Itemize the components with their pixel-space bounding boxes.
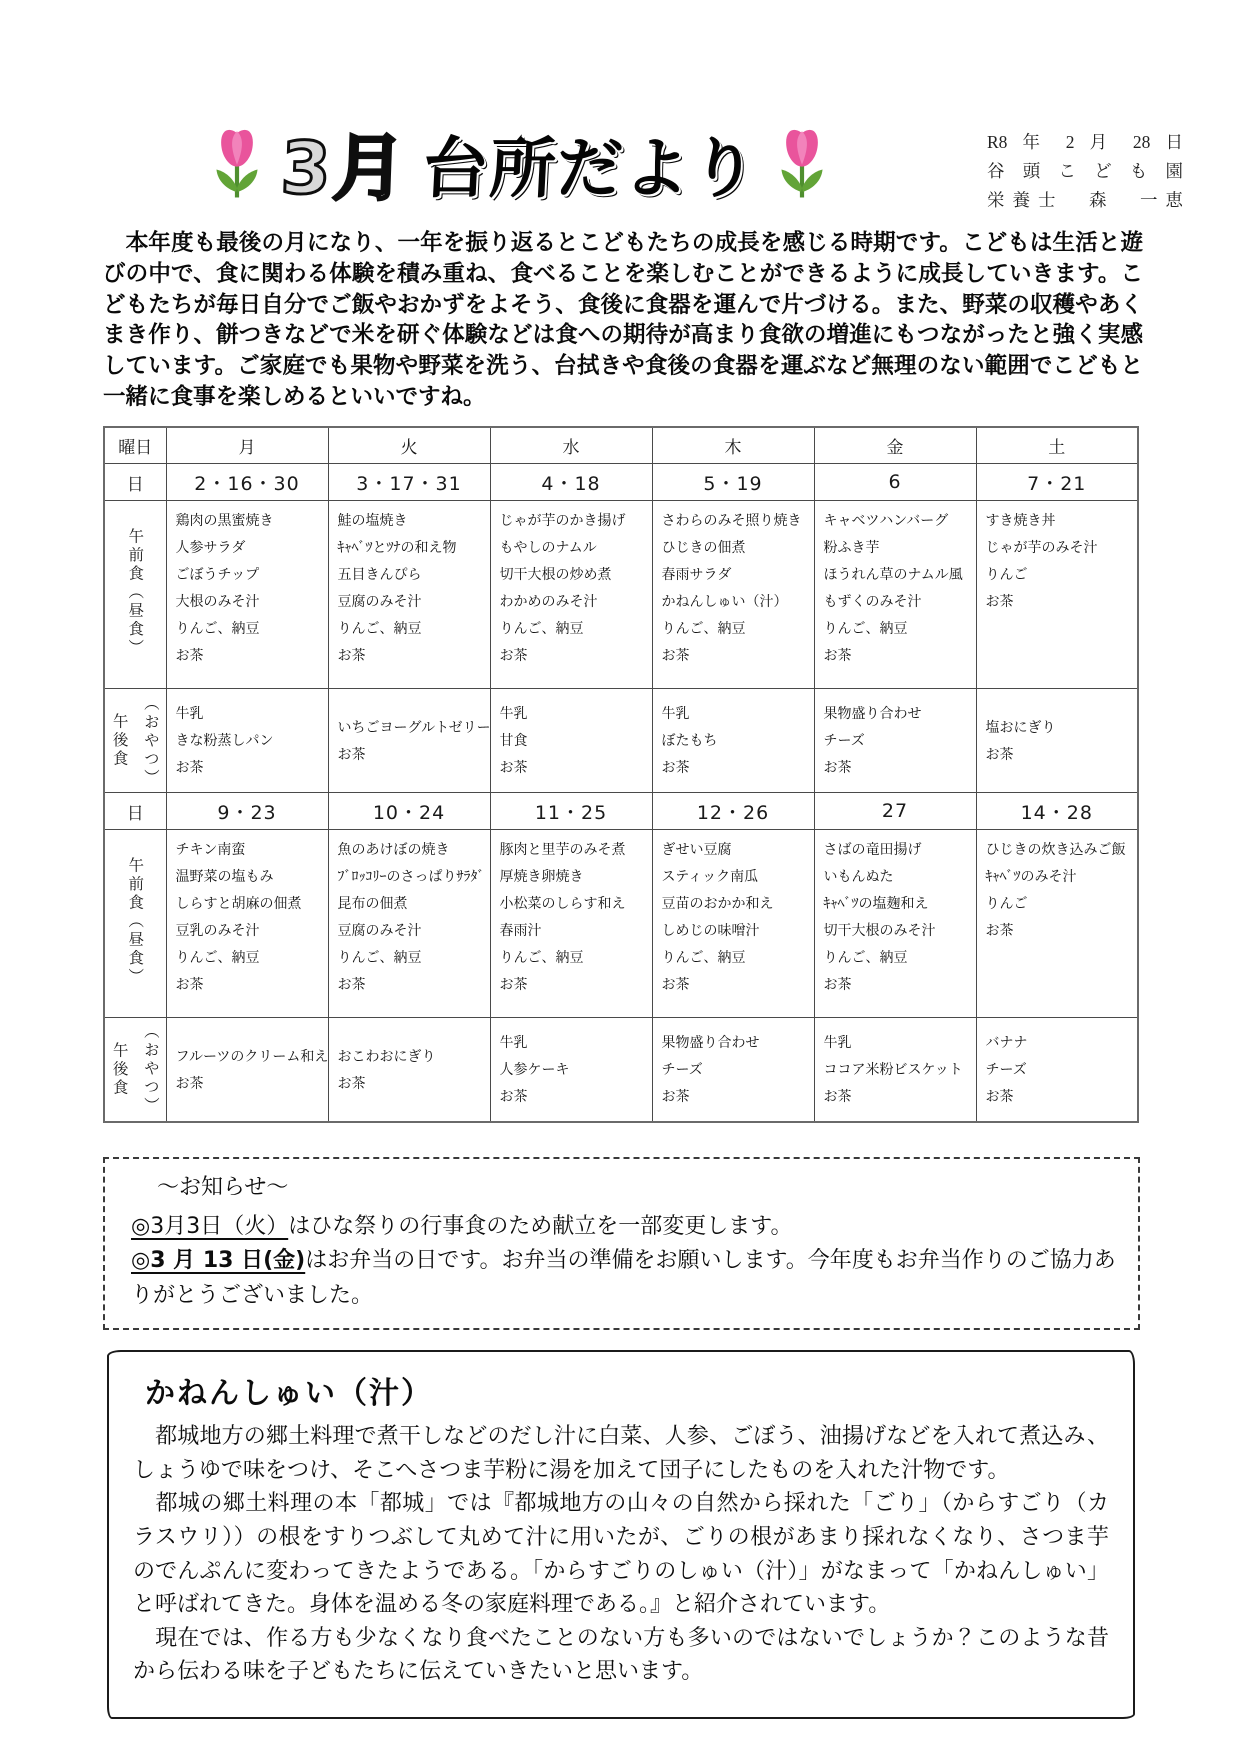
issue-date: R8 年 2 月 28 日 [987,128,1183,157]
intro-paragraph: 本年度も最後の月になり、一年を振り返るとこどもたちの成長を感じる時期です。こども… [103,228,1143,413]
date-cell: 12・26 [652,793,814,830]
tulip-icon [209,122,265,202]
lunch-row-label: 午前食（昼食） [104,501,166,689]
date-cell: 5・19 [652,464,814,501]
date-cell: 6 [814,464,976,501]
weekday-header-cell: 土 [976,427,1138,464]
menu-cell: ひじきの炊き込みご飯 ｷｬﾍﾞﾂのみそ汁 りんご お茶 [976,830,1138,1018]
menu-cell: おこわおにぎり お茶 [328,1018,490,1122]
lunch-row-week1: 午前食（昼食） 鶏肉の黒蜜焼き 人参サラダ ごぼうチップ 大根のみそ汁 りんご、… [104,501,1138,689]
menu-table: 曜日 月 火 水 木 金 土 日 2・16・30 3・17・31 4・18 5・… [103,426,1139,1123]
article-paragraph: 都城地方の郷土料理で煮干しなどのだし汁に白菜、人参、ごぼう、油揚げなどを入れて煮… [133,1420,1109,1487]
weekday-header-cell: 水 [490,427,652,464]
menu-cell: 果物盛り合わせ チーズ お茶 [814,689,976,793]
date-cell: 3・17・31 [328,464,490,501]
weekday-header-cell: 火 [328,427,490,464]
menu-cell: チキン南蛮 温野菜の塩もみ しらすと胡麻の佃煮 豆乳のみそ汁 りんご、納豆 お茶 [166,830,328,1018]
snack-row-label: 午後食 （おやつ） [104,689,166,793]
notice-item-date: ◎3月3日（火） [131,1214,288,1239]
nutritionist-name: 栄養士 森 一恵 [987,186,1183,215]
article-paragraph: 現在では、作る方も少なくなり食べたことのない方も多いのではないでしょうか？このよ… [133,1622,1109,1689]
weekday-header-cell: 金 [814,427,976,464]
snack-row-label: 午後食 （おやつ） [104,1018,166,1122]
menu-cell: 果物盛り合わせ チーズ お茶 [652,1018,814,1122]
newsletter-page: 3月 台所だより R8 年 2 月 28 日 谷 頭 こ ど も 園 栄養士 森… [0,0,1241,1755]
menu-cell: キャベツハンバーグ 粉ふき芋 ほうれん草のナムル風 もずくのみそ汁 りんご、納豆… [814,501,976,689]
article-title: かねんしゅい（汁） [145,1368,1109,1412]
date-cell: 14・28 [976,793,1138,830]
menu-cell: さわらのみそ照り焼き ひじきの佃煮 春雨サラダ かねんしゅい（汁） りんご、納豆… [652,501,814,689]
page-title: 台所だより [421,115,761,210]
weekday-header-cell: 木 [652,427,814,464]
menu-cell: 塩おにぎり お茶 [976,689,1138,793]
date-row-label: 日 [104,793,166,830]
weekday-header-cell: 曜日 [104,427,166,464]
lunch-row-label: 午前食（昼食） [104,830,166,1018]
menu-cell: 牛乳 甘食 お茶 [490,689,652,793]
lunch-row-week2: 午前食（昼食） チキン南蛮 温野菜の塩もみ しらすと胡麻の佃煮 豆乳のみそ汁 り… [104,830,1138,1018]
menu-cell: バナナ チーズ お茶 [976,1018,1138,1122]
date-row-week1: 日 2・16・30 3・17・31 4・18 5・19 6 7・21 [104,464,1138,501]
menu-cell: いちごヨーグルトゼリー お茶 [328,689,490,793]
menu-cell: 鶏肉の黒蜜焼き 人参サラダ ごぼうチップ 大根のみそ汁 りんご、納豆 お茶 [166,501,328,689]
notice-item: ◎3月3日（火）はひな祭りの行事食のため献立を一部変更します。 [131,1210,1118,1245]
menu-cell: 牛乳 きな粉蒸しパン お茶 [166,689,328,793]
date-cell: 10・24 [328,793,490,830]
page-title-month: 3月 [279,110,409,214]
weekday-header-row: 曜日 月 火 水 木 金 土 [104,427,1138,464]
notice-item-text: はひな祭りの行事食のため献立を一部変更します。 [288,1214,792,1239]
menu-cell: じゃが芋のかき揚げ もやしのナムル 切干大根の炒め煮 わかめのみそ汁 りんご、納… [490,501,652,689]
school-name: 谷 頭 こ ど も 園 [987,157,1183,186]
article-box: かねんしゅい（汁） 都城地方の郷土料理で煮干しなどのだし汁に白菜、人参、ごぼう、… [107,1350,1135,1719]
menu-cell: 魚のあけぼの焼き ﾌﾞﾛｯｺﾘｰのさっぱりｻﾗﾀﾞ 昆布の佃煮 豆腐のみそ汁 り… [328,830,490,1018]
tulip-icon [774,122,830,202]
menu-cell: 牛乳 人参ケーキ お茶 [490,1018,652,1122]
menu-cell: すき焼き丼 じゃが芋のみそ汁 りんご お茶 [976,501,1138,689]
article-paragraph: 都城の郷土料理の本「都城」では『都城地方の山々の自然から採れた「ごり」（からすご… [133,1487,1109,1622]
menu-cell: 牛乳 ココア米粉ビスケット お茶 [814,1018,976,1122]
date-cell: 9・23 [166,793,328,830]
date-row-week2: 日 9・23 10・24 11・25 12・26 27 14・28 [104,793,1138,830]
issue-info: R8 年 2 月 28 日 谷 頭 こ ど も 園 栄養士 森 一恵 [987,128,1183,215]
date-cell: 7・21 [976,464,1138,501]
menu-cell: フルーツのクリーム和え お茶 [166,1018,328,1122]
notice-box: ～お知らせ～ ◎3月3日（火）はひな祭りの行事食のため献立を一部変更します。 ◎… [103,1157,1140,1330]
snack-row-week1: 午後食 （おやつ） 牛乳 きな粉蒸しパン お茶 いちごヨーグルトゼリー お茶 牛… [104,689,1138,793]
notice-item-date: ◎3 月 13 日(金) [131,1248,305,1273]
notice-title: ～お知らせ～ [157,1171,1118,1206]
menu-cell: 豚肉と里芋のみそ煮 厚焼き卵焼き 小松菜のしらす和え 春雨汁 りんご、納豆 お茶 [490,830,652,1018]
weekday-header-cell: 月 [166,427,328,464]
date-cell: 27 [814,793,976,830]
date-cell: 2・16・30 [166,464,328,501]
date-row-label: 日 [104,464,166,501]
notice-item: ◎3 月 13 日(金)はお弁当の日です。お弁当の準備をお願いします。今年度もお… [131,1244,1118,1314]
menu-cell: 牛乳 ぼたもち お茶 [652,689,814,793]
date-cell: 4・18 [490,464,652,501]
date-cell: 11・25 [490,793,652,830]
menu-cell: さばの竜田揚げ いもんぬた ｷｬﾍﾞﾂの塩麹和え 切干大根のみそ汁 りんご、納豆… [814,830,976,1018]
snack-row-week2: 午後食 （おやつ） フルーツのクリーム和え お茶 おこわおにぎり お茶 牛乳 人… [104,1018,1138,1122]
menu-cell: ぎせい豆腐 スティック南瓜 豆苗のおかか和え しめじの味噌汁 りんご、納豆 お茶 [652,830,814,1018]
menu-cell: 鮭の塩焼き ｷｬﾍﾞﾂとﾂﾅの和え物 五目きんぴら 豆腐のみそ汁 りんご、納豆 … [328,501,490,689]
